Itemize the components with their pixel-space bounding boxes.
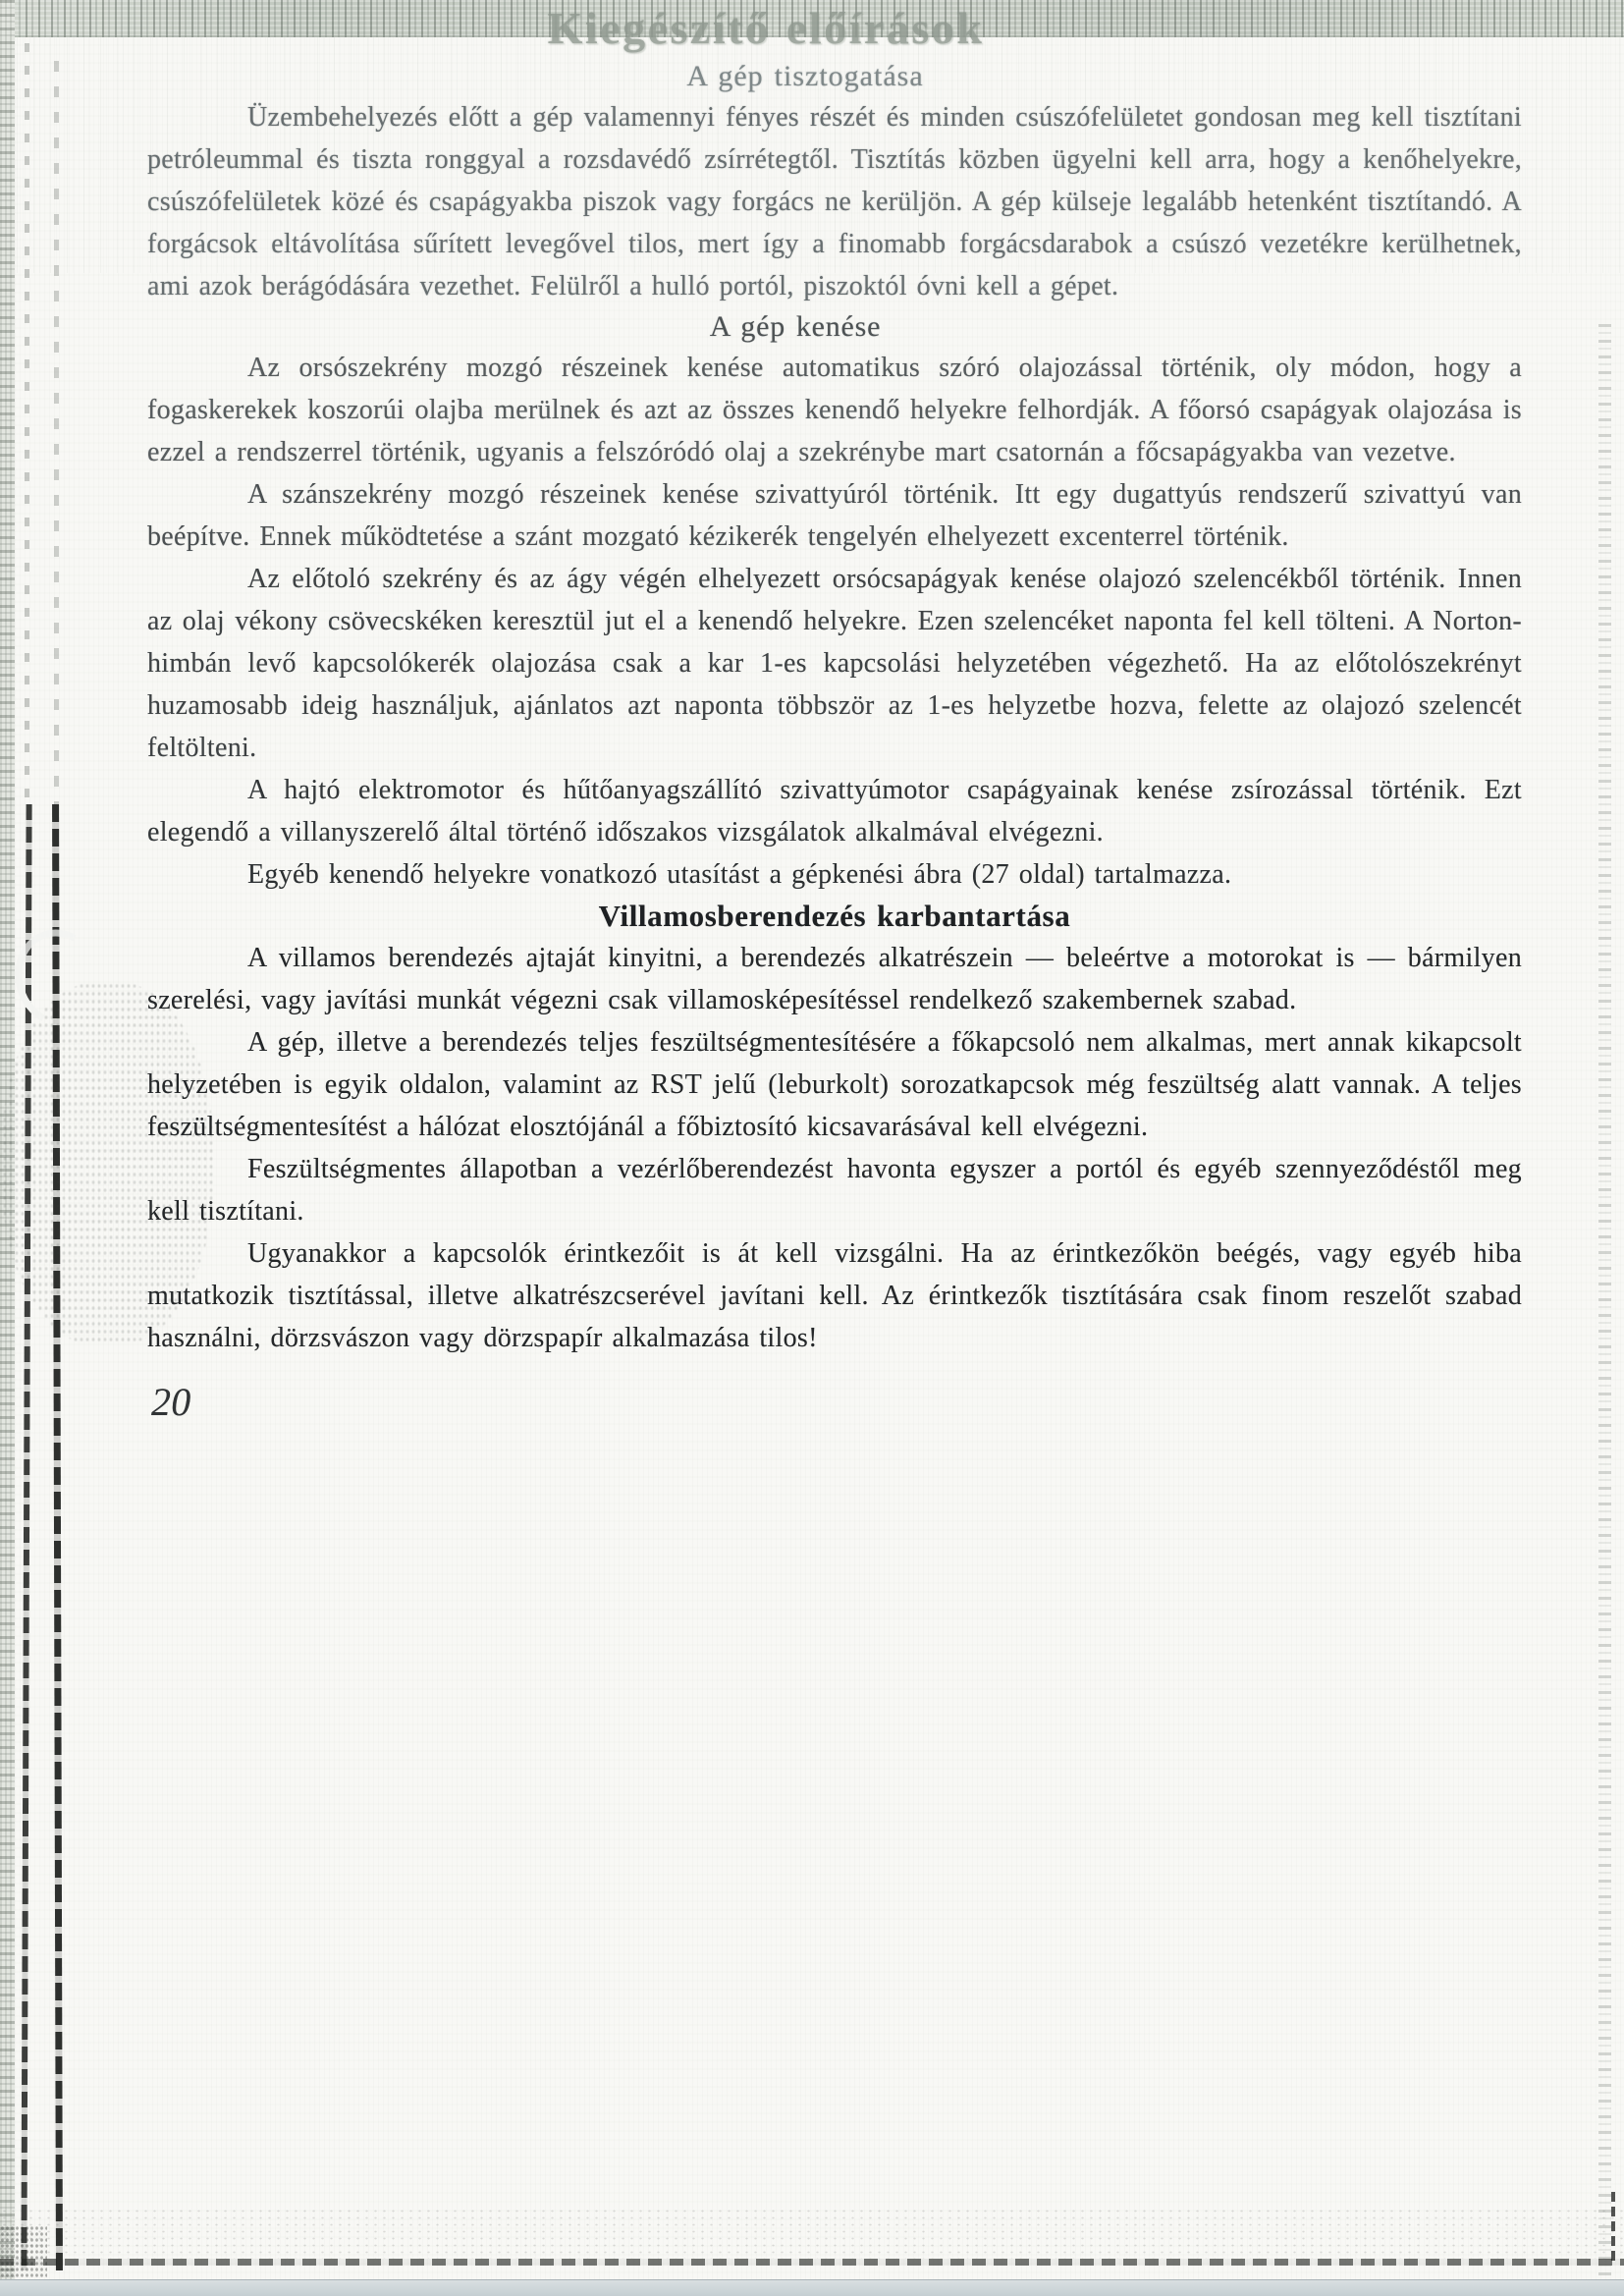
scan-artifact-binding-line-dark-2 bbox=[52, 804, 63, 2270]
scan-artifact-corner-blob bbox=[0, 2225, 47, 2280]
scan-artifact-binding-line-dark-1 bbox=[21, 804, 31, 2270]
paragraph-lubrication-3: Az előtoló szekrény és az ágy végén elhe… bbox=[147, 558, 1522, 769]
scan-artifact-bottom-band bbox=[0, 2279, 1624, 2296]
paragraph-electrical-1: A villamos berendezés ajtaját kinyitni, … bbox=[147, 937, 1522, 1021]
scan-artifact-highlight-arc bbox=[3, 918, 116, 1038]
section-heading-cleaning: A gép tisztogatása bbox=[118, 57, 1492, 96]
paragraph-lubrication-2: A szánszekrény mozgó részeinek kenése sz… bbox=[147, 473, 1522, 558]
scan-artifact-binding-line-faint-2 bbox=[54, 61, 59, 804]
paragraph-lubrication-4: A hajtó elektromotor és hűtőanyagszállít… bbox=[147, 769, 1522, 853]
paragraph-electrical-4: Ugyanakkor a kapcsolók érintkezőit is át… bbox=[147, 1232, 1522, 1359]
scan-artifact-binding-line-faint-1 bbox=[25, 43, 29, 804]
page-number: 20 bbox=[147, 1377, 191, 1428]
paragraph-electrical-3: Feszültségmentes állapotban a vezérlőber… bbox=[147, 1148, 1522, 1232]
scan-artifact-right-bottom-tick bbox=[1611, 2192, 1615, 2263]
scan-artifact-left-edge bbox=[0, 0, 15, 2296]
paragraph-electrical-2: A gép, illetve a berendezés teljes feszü… bbox=[147, 1021, 1522, 1148]
scan-artifact-bottom-speckle bbox=[0, 2208, 1624, 2259]
section-heading-electrical: Villamosberendezés karbantartása bbox=[147, 896, 1522, 937]
page-title: Kiegészítő előírások bbox=[79, 0, 1453, 57]
scanned-page-content: Kiegészítő előírások A gép tisztogatása … bbox=[147, 0, 1522, 1428]
paragraph-lubrication-1: Az orsószekrény mozgó részeinek kenése a… bbox=[147, 347, 1522, 473]
scan-artifact-right-edge bbox=[1598, 324, 1611, 2296]
scan-artifact-bottom-line bbox=[0, 2259, 1624, 2266]
paragraph-lubrication-5: Egyéb kenendő helyekre vonatkozó utasítá… bbox=[147, 853, 1522, 896]
paragraph-cleaning-1: Üzembehelyezés előtt a gép valamennyi fé… bbox=[147, 96, 1522, 307]
section-heading-lubrication: A gép kenése bbox=[108, 307, 1483, 347]
